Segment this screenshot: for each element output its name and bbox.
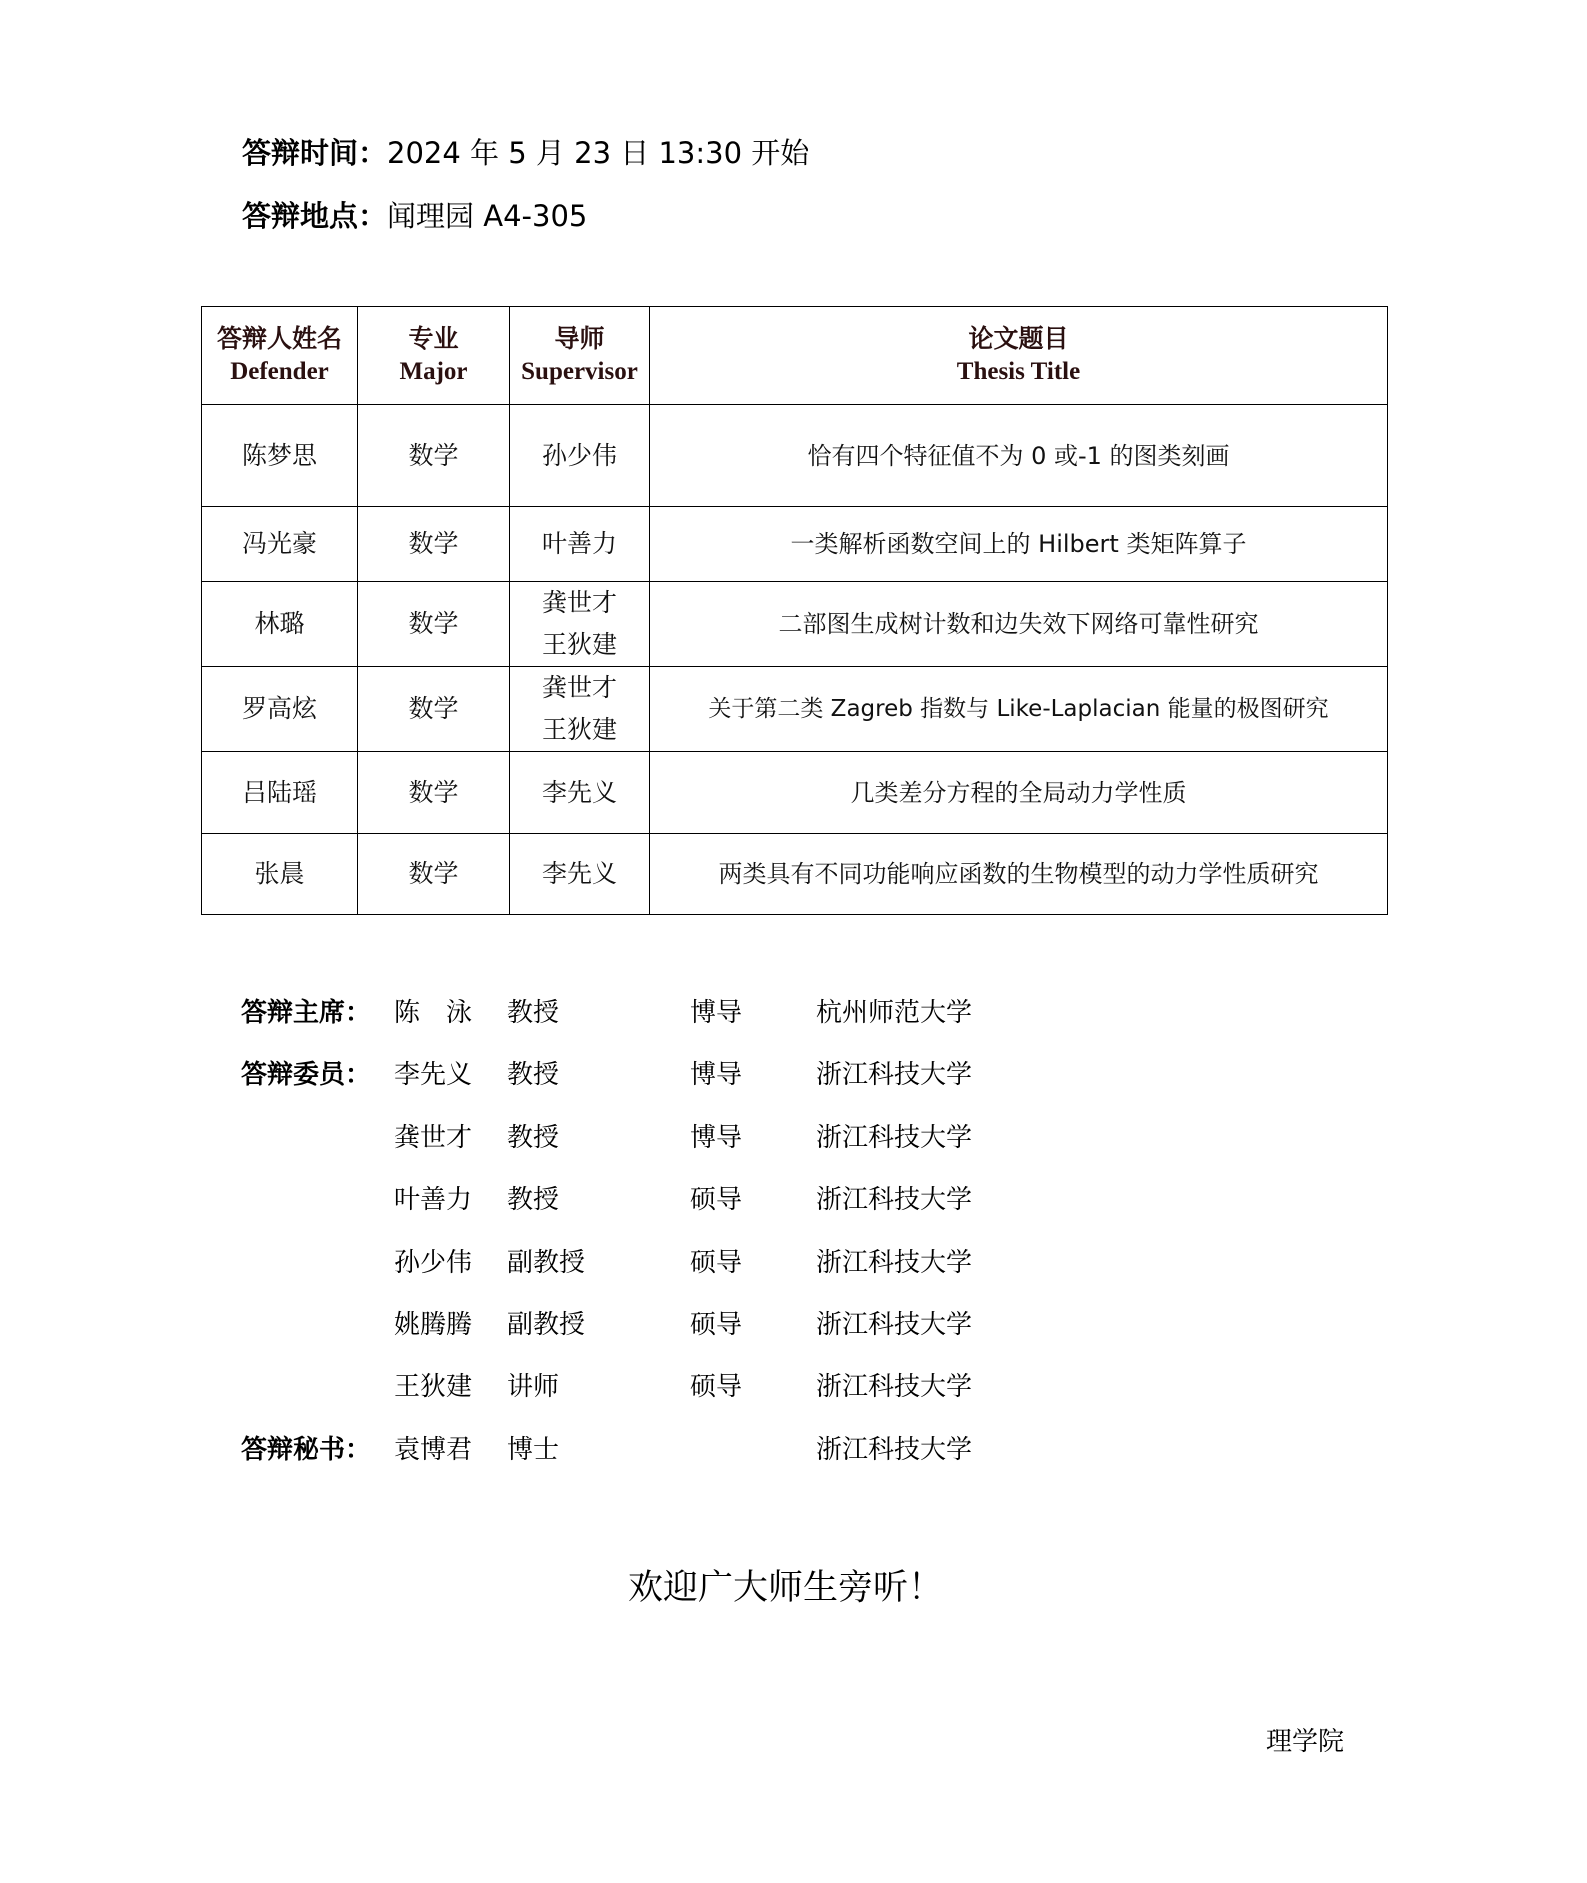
- committee-name: 王狄建: [394, 1366, 472, 1403]
- committee-name: 陈 泳: [394, 992, 472, 1029]
- committee-advisor-type: 硕导: [690, 1179, 742, 1216]
- committee-title: 教授: [507, 1054, 559, 1091]
- committee-name: 姚腾腾: [394, 1304, 472, 1341]
- committee-title: 副教授: [507, 1242, 585, 1279]
- table-row: 吕陆瑶 数学 李先义 几类差分方程的全局动力学性质: [202, 752, 1388, 834]
- defense-place-value: 闻理园 A4-305: [387, 199, 587, 233]
- header-thesis-title: 论文题目Thesis Title: [650, 307, 1388, 405]
- supervisor-cell: 龚世才王狄建: [510, 582, 650, 667]
- header-defender-en: Defender: [202, 356, 357, 388]
- committee-org: 浙江科技大学: [816, 1429, 972, 1466]
- supervisor-cell: 龚世才王狄建: [510, 667, 650, 752]
- supervisor-name: 李先义: [510, 772, 649, 814]
- supervisor-cell: 孙少伟: [510, 405, 650, 507]
- defense-place-label: 答辩地点：: [242, 199, 387, 233]
- header-major: 专业Major: [358, 307, 510, 405]
- signature: 理学院: [1266, 1721, 1344, 1758]
- committee-name: 孙少伟: [394, 1242, 472, 1279]
- secretary-label: 答辩秘书：: [241, 1429, 371, 1466]
- committee-title: 教授: [507, 992, 559, 1029]
- defense-time: 答辩时间：2024 年 5 月 23 日 13:30 开始: [242, 131, 809, 172]
- supervisor-name: 王狄建: [510, 709, 649, 751]
- header-thesis-title-zh: 论文题目: [650, 324, 1387, 356]
- thesis-title-cell: 一类解析函数空间上的 Hilbert 类矩阵算子: [650, 507, 1388, 582]
- committee-org: 浙江科技大学: [816, 1117, 972, 1154]
- thesis-title-cell: 关于第二类 Zagreb 指数与 Like-Laplacian 能量的极图研究: [650, 667, 1388, 752]
- major-cell: 数学: [358, 834, 510, 915]
- header-defender: 答辩人姓名Defender: [202, 307, 358, 405]
- committee-advisor-type: 硕导: [690, 1304, 742, 1341]
- committee-org: 浙江科技大学: [816, 1242, 972, 1279]
- committee-advisor-type: 博导: [690, 1117, 742, 1154]
- defender-cell: 冯光豪: [202, 507, 358, 582]
- committee-advisor-type: 硕导: [690, 1366, 742, 1403]
- supervisor-cell: 李先义: [510, 752, 650, 834]
- defender-cell: 罗高炫: [202, 667, 358, 752]
- chair-label: 答辩主席：: [241, 992, 371, 1029]
- defense-time-value: 2024 年 5 月 23 日 13:30 开始: [387, 136, 809, 170]
- table-row: 林璐 数学 龚世才王狄建 二部图生成树计数和边失效下网络可靠性研究: [202, 582, 1388, 667]
- thesis-title-cell: 恰有四个特征值不为 0 或-1 的图类刻画: [650, 405, 1388, 507]
- committee-name: 龚世才: [394, 1117, 472, 1154]
- major-cell: 数学: [358, 667, 510, 752]
- major-cell: 数学: [358, 405, 510, 507]
- committee-name: 李先义: [394, 1054, 472, 1091]
- defense-time-label: 答辩时间：: [242, 136, 387, 170]
- header-thesis-title-en: Thesis Title: [650, 356, 1387, 388]
- header-supervisor: 导师Supervisor: [510, 307, 650, 405]
- committee-org: 杭州师范大学: [816, 992, 972, 1029]
- committee-advisor-type: 博导: [690, 1054, 742, 1091]
- committee-title: 副教授: [507, 1304, 585, 1341]
- header-supervisor-en: Supervisor: [510, 356, 649, 388]
- supervisor-name: 龚世才: [510, 582, 649, 624]
- supervisor-name: 龚世才: [510, 667, 649, 709]
- table-row: 张晨 数学 李先义 两类具有不同功能响应函数的生物模型的动力学性质研究: [202, 834, 1388, 915]
- committee-title: 博士: [507, 1429, 559, 1466]
- header-supervisor-zh: 导师: [510, 324, 649, 356]
- major-cell: 数学: [358, 507, 510, 582]
- committee-advisor-type: 硕导: [690, 1242, 742, 1279]
- header-major-zh: 专业: [358, 324, 509, 356]
- committee-name: 叶善力: [394, 1179, 472, 1216]
- committee-org: 浙江科技大学: [816, 1054, 972, 1091]
- supervisor-name: 叶善力: [510, 523, 649, 565]
- table-row: 陈梦思 数学 孙少伟 恰有四个特征值不为 0 或-1 的图类刻画: [202, 405, 1388, 507]
- supervisor-name: 李先义: [510, 853, 649, 895]
- major-cell: 数学: [358, 752, 510, 834]
- defender-cell: 吕陆瑶: [202, 752, 358, 834]
- committee-advisor-type: 博导: [690, 992, 742, 1029]
- committee-title: 讲师: [507, 1366, 559, 1403]
- thesis-title-cell: 几类差分方程的全局动力学性质: [650, 752, 1388, 834]
- table-header-row: 答辩人姓名Defender 专业Major 导师Supervisor 论文题目T…: [202, 307, 1388, 405]
- defender-cell: 林璐: [202, 582, 358, 667]
- defender-cell: 张晨: [202, 834, 358, 915]
- table-row: 罗高炫 数学 龚世才王狄建 关于第二类 Zagreb 指数与 Like-Lapl…: [202, 667, 1388, 752]
- table-row: 冯光豪 数学 叶善力 一类解析函数空间上的 Hilbert 类矩阵算子: [202, 507, 1388, 582]
- defense-place: 答辩地点：闻理园 A4-305: [242, 194, 587, 235]
- header-defender-zh: 答辩人姓名: [202, 324, 357, 356]
- major-cell: 数学: [358, 582, 510, 667]
- supervisor-name: 王狄建: [510, 624, 649, 666]
- defense-schedule-table: 答辩人姓名Defender 专业Major 导师Supervisor 论文题目T…: [201, 306, 1388, 915]
- member-label: 答辩委员：: [241, 1054, 371, 1091]
- supervisor-name: 孙少伟: [510, 435, 649, 477]
- supervisor-cell: 李先义: [510, 834, 650, 915]
- committee-org: 浙江科技大学: [816, 1304, 972, 1341]
- thesis-title-cell: 二部图生成树计数和边失效下网络可靠性研究: [650, 582, 1388, 667]
- committee-org: 浙江科技大学: [816, 1366, 972, 1403]
- header-major-en: Major: [358, 356, 509, 388]
- committee-name: 袁博君: [394, 1429, 472, 1466]
- welcome-message: 欢迎广大师生旁听！: [628, 1560, 943, 1610]
- supervisor-cell: 叶善力: [510, 507, 650, 582]
- committee-org: 浙江科技大学: [816, 1179, 972, 1216]
- thesis-title-cell: 两类具有不同功能响应函数的生物模型的动力学性质研究: [650, 834, 1388, 915]
- committee-title: 教授: [507, 1117, 559, 1154]
- committee-title: 教授: [507, 1179, 559, 1216]
- defender-cell: 陈梦思: [202, 405, 358, 507]
